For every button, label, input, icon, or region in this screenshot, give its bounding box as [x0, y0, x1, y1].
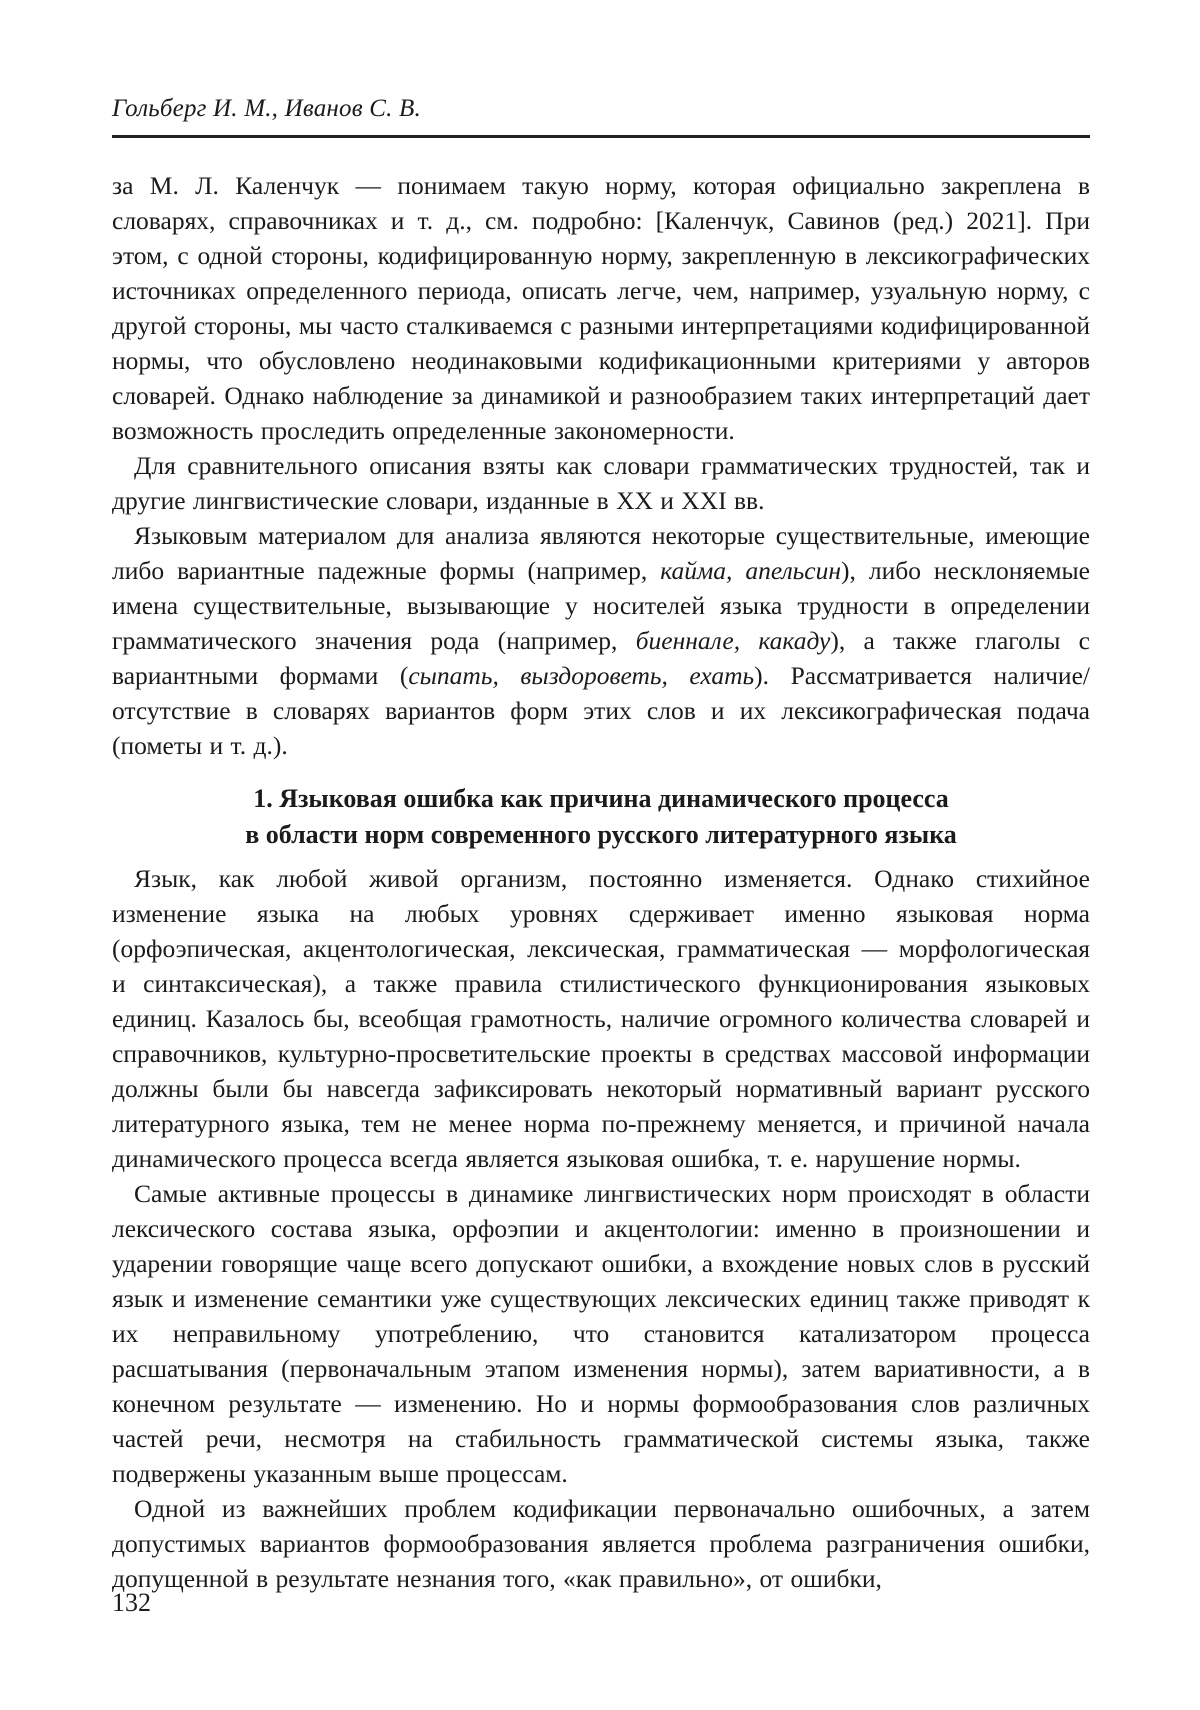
paragraph: Одной из важнейших проблем кодификации п… [112, 1491, 1090, 1596]
section-heading-line-2: в области норм современного русского лит… [112, 817, 1090, 853]
paragraph: Самые активные процессы в динамике лингв… [112, 1176, 1090, 1491]
section-heading-line-1: 1. Языковая ошибка как причина динамичес… [112, 781, 1090, 817]
page: Гольберг И. М., Иванов С. В. за М. Л. Ка… [0, 0, 1200, 1710]
paragraph: Для сравнительного описания взяты как сл… [112, 448, 1090, 518]
section-heading: 1. Языковая ошибка как причина динамичес… [112, 781, 1090, 853]
running-header-authors: Гольберг И. М., Иванов С. В. [112, 95, 1090, 123]
paragraph: Язык, как любой живой организм, постоянн… [112, 861, 1090, 1176]
paragraph: за М. Л. Каленчук — понимаем такую норму… [112, 168, 1090, 448]
paragraph: Языковым материалом для анализа являются… [112, 518, 1090, 763]
running-header: Гольберг И. М., Иванов С. В. [112, 95, 1090, 138]
page-number: 132 [112, 1588, 151, 1618]
article-body: за М. Л. Каленчук — понимаем такую норму… [112, 168, 1090, 1596]
